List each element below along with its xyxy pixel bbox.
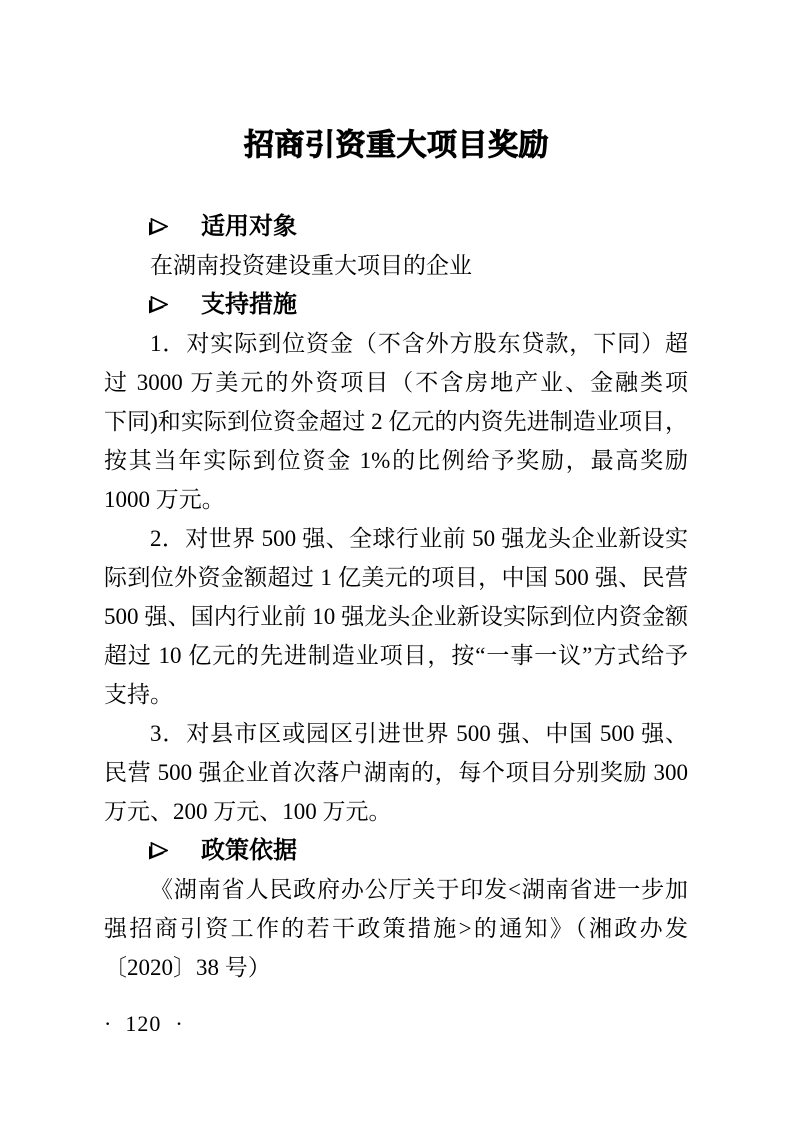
footer-dot: · [175,1009,182,1039]
body-line: 支持。 [104,675,688,714]
body-line: 《湖南省人民政府办公厅关于印发<湖南省进一步加 [104,870,688,909]
body-line: 在湖南投资建设重大项目的企业 [104,246,688,285]
section-heading-support-measures: 支持措施 [104,285,688,324]
body-line: 强招商引资工作的若干政策措施>的通知》（湘政办发 [104,909,688,948]
body-line: 过 3000 万美元的外资项目（不含房地产业、金融类项目， [104,363,688,402]
section-heading-label: 政策依据 [201,831,297,870]
body-line: 万元、200 万元、100 万元。 [104,792,688,831]
section-heading-policy-basis: 政策依据 [104,831,688,870]
body-line: 按其当年实际到位资金 1%的比例给予奖励，最高奖励 [104,441,688,480]
body-line: 2．对世界 500 强、全球行业前 50 强龙头企业新设实 [104,519,688,558]
body-line: 下同)和实际到位资金超过 2 亿元的内资先进制造业项目， [104,402,688,441]
body-line: 1．对实际到位资金（不含外方股东贷款，下同）超 [104,324,688,363]
document-page: 招商引资重大项目奖励 适用对象 在湖南投资建设重大项目的企业 支持措施 1．对实… [0,0,793,1122]
body-line: 民营 500 强企业首次落户湖南的，每个项目分别奖励 300 [104,753,688,792]
body-line: 超过 10 亿元的先进制造业项目，按“一事一议”方式给予 [104,636,688,675]
page-number: 120 [125,1009,161,1039]
footer-dot: · [104,1009,111,1039]
page-footer: · 120 · [104,1009,183,1039]
arrow-bullet-icon [148,842,168,860]
body-line: 500 强、国内行业前 10 强龙头企业新设实际到位内资金额 [104,597,688,636]
section-heading-label: 支持措施 [201,285,297,324]
doc-body: 适用对象 在湖南投资建设重大项目的企业 支持措施 1．对实际到位资金（不含外方股… [104,207,688,987]
section-heading-applicable-target: 适用对象 [104,207,688,246]
arrow-bullet-icon [148,218,168,236]
body-line: 际到位外资金额超过 1 亿美元的项目，中国 500 强、民营 [104,558,688,597]
body-line: 1000 万元。 [104,480,688,519]
section-heading-label: 适用对象 [201,207,297,246]
doc-title: 招商引资重大项目奖励 [0,128,793,164]
arrow-bullet-icon [148,296,168,314]
body-line: 〔2020〕38 号） [104,948,688,987]
body-line: 3．对县市区或园区引进世界 500 强、中国 500 强、 [104,714,688,753]
